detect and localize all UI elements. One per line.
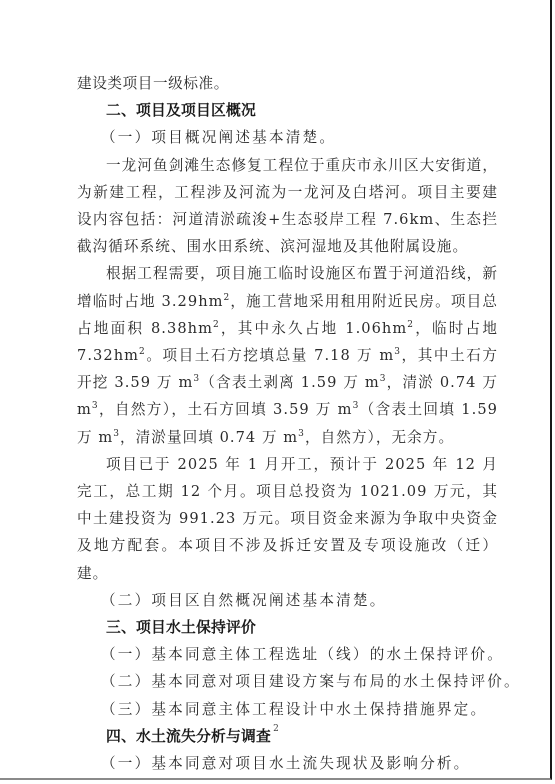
section-heading-2: 二、项目及项目区概况: [77, 97, 498, 124]
opening-line: 建设类项目一级标准。: [77, 70, 498, 97]
document-body: 建设类项目一级标准。 二、项目及项目区概况 （一）项目概况阐述基本清楚。 一龙河…: [77, 70, 498, 777]
page-number: 2: [0, 724, 552, 734]
subsection-3-3: （三）基本同意主体工程设计中水土保持措施界定。: [77, 696, 498, 723]
subsection-2-1: （一）项目概况阐述基本清楚。: [77, 124, 498, 151]
paragraph-text: 根据工程需要，项目施工临时设施区布置于河道沿线，新增临时占地 3.29hm2，施…: [77, 260, 498, 450]
paragraph-text: 项目已于 2025 年 1 月开工，预计于 2025 年 12 月完工，总工期 …: [77, 451, 498, 587]
paragraph-land-earthwork: 根据工程需要，项目施工临时设施区布置于河道沿线，新增临时占地 3.29hm2，施…: [77, 260, 498, 450]
subsection-2-2: （二）项目区自然概况阐述基本清楚。: [77, 587, 498, 614]
paragraph-schedule-investment: 项目已于 2025 年 1 月开工，预计于 2025 年 12 月完工，总工期 …: [77, 451, 498, 587]
paragraph-project-overview: 一龙河鱼剑滩生态修复工程位于重庆市永川区大安街道，为新建工程，工程涉及河流为一龙…: [77, 152, 498, 261]
subsection-3-1: （一）基本同意主体工程选址（线）的水土保持评价。: [77, 641, 498, 668]
subsection-4-1: （一）基本同意对项目水土流失现状及影响分析。: [77, 750, 498, 777]
paragraph-text: 一龙河鱼剑滩生态修复工程位于重庆市永川区大安街道，为新建工程，工程涉及河流为一龙…: [77, 152, 498, 261]
section-heading-3: 三、项目水土保持评价: [77, 614, 498, 641]
subsection-3-2: （二）基本同意对项目建设方案与布局的水土保持评价。: [77, 668, 498, 695]
document-page: 建设类项目一级标准。 二、项目及项目区概况 （一）项目概况阐述基本清楚。 一龙河…: [0, 0, 552, 780]
